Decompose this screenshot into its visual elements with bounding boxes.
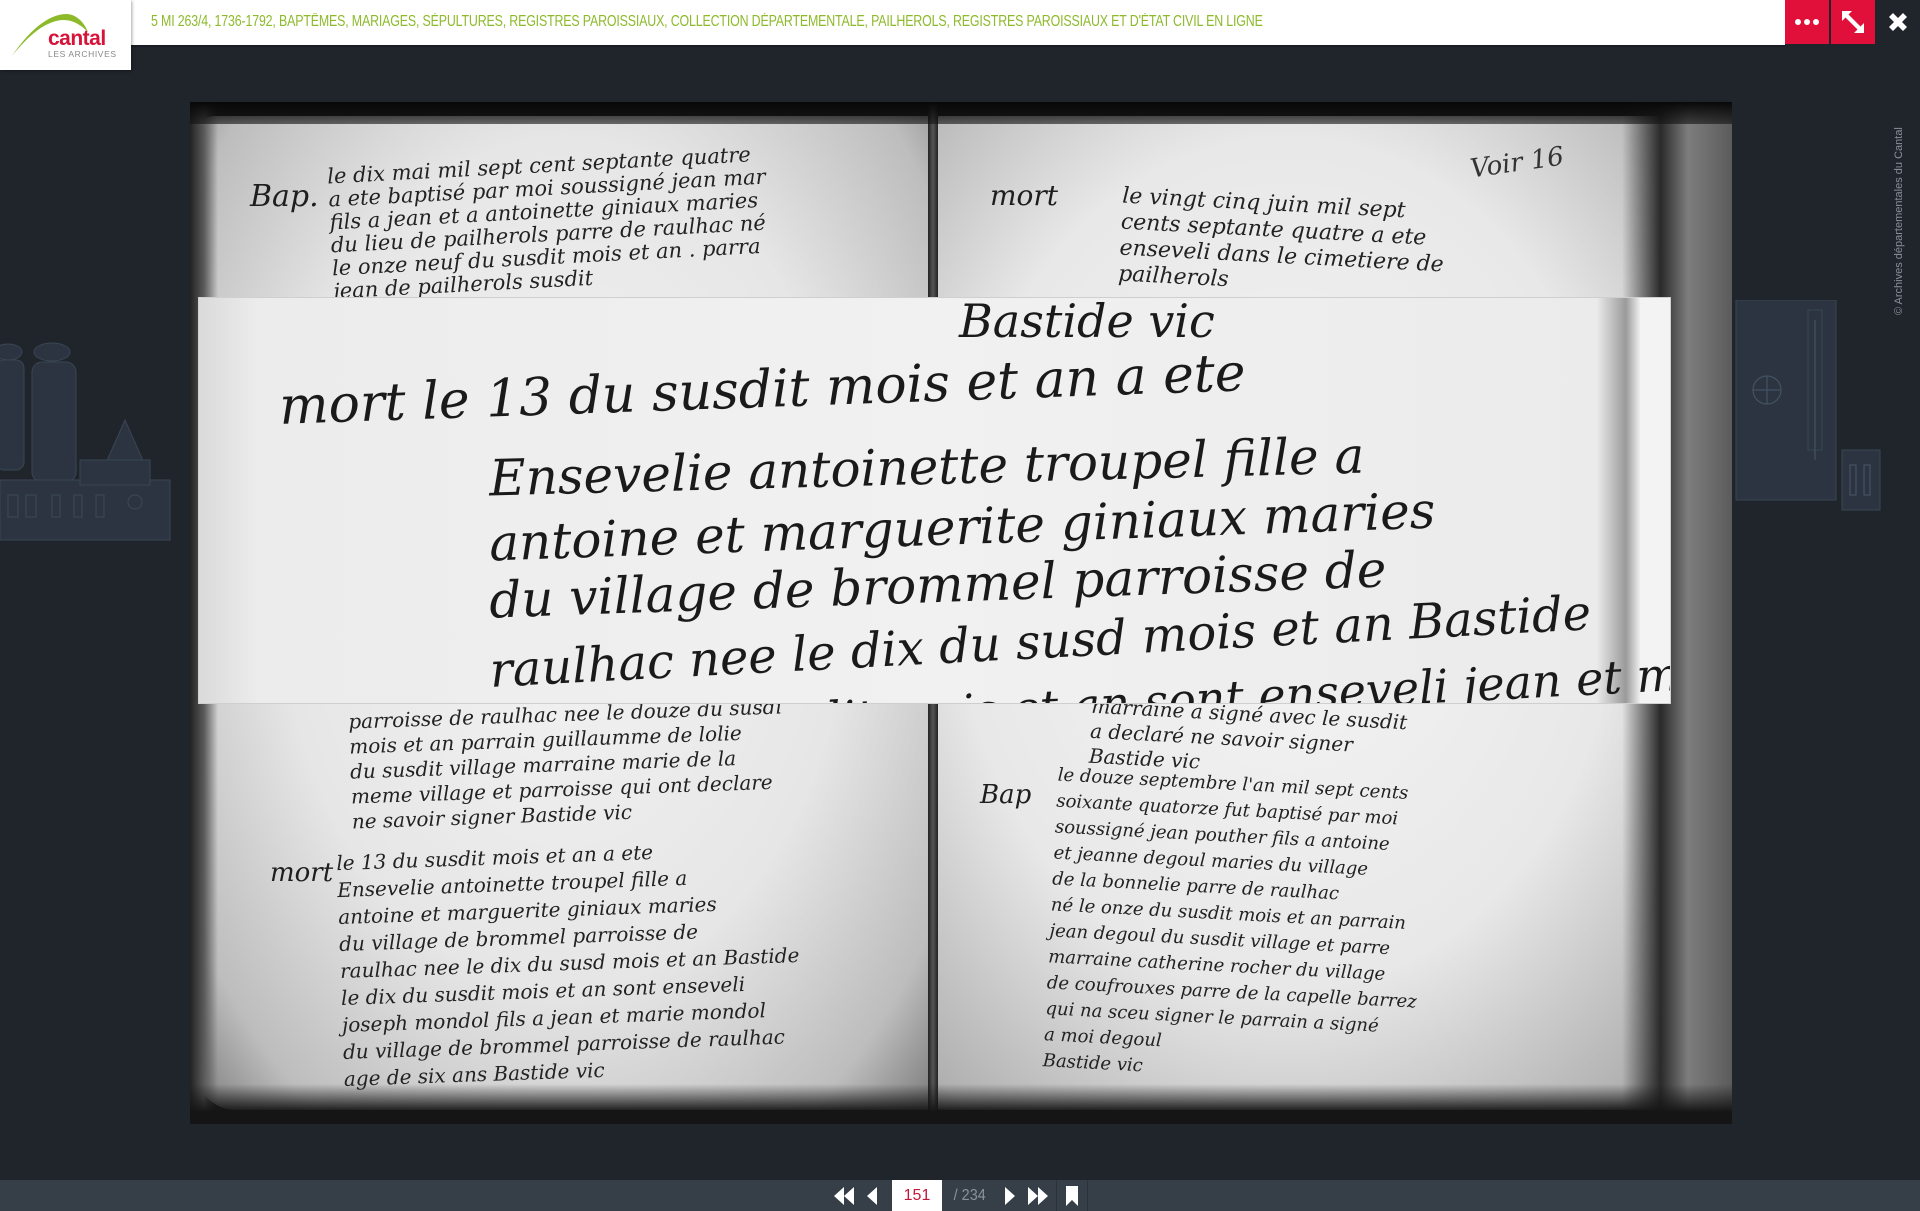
decorative-background-left bbox=[0, 290, 190, 560]
next-page-button[interactable] bbox=[996, 1180, 1024, 1211]
logo-subtitle: LES ARCHIVES bbox=[48, 49, 117, 59]
expand-arrows-icon bbox=[1840, 9, 1866, 35]
divider bbox=[1056, 1180, 1057, 1211]
page-edge-top bbox=[190, 102, 1732, 124]
close-button[interactable] bbox=[1876, 0, 1920, 44]
chevron-right-icon bbox=[1003, 1186, 1017, 1206]
page-total: / 234 bbox=[945, 1187, 993, 1205]
entry-text: le 13 du susdit mois et an a ete Ensevel… bbox=[336, 834, 804, 1093]
more-dots-icon bbox=[1795, 19, 1819, 25]
copyright-notice: © Archives départementales du Cantal bbox=[1893, 127, 1905, 315]
cantal-logo[interactable]: cantal LES ARCHIVES bbox=[0, 0, 131, 70]
fullscreen-button[interactable] bbox=[1831, 0, 1875, 44]
bookmark-button[interactable] bbox=[1061, 1180, 1083, 1211]
margin-note: Bap bbox=[980, 782, 1031, 808]
bookmark-icon bbox=[1066, 1186, 1078, 1206]
entry-text: le vingt cinq juin mil sept cents septan… bbox=[1118, 184, 1447, 305]
magnified-line: Bastide vic bbox=[959, 297, 1215, 348]
decorative-background-right bbox=[1732, 300, 1882, 560]
page-number-input[interactable] bbox=[892, 1180, 942, 1211]
margin-note: mort bbox=[990, 182, 1058, 210]
double-chevron-right-icon bbox=[1026, 1186, 1050, 1206]
chevron-left-icon bbox=[865, 1186, 879, 1206]
pager: / 234 bbox=[830, 1180, 1092, 1211]
entry-text: parroisse de raulhac nee le douze du sus… bbox=[348, 694, 786, 834]
document-title: 5 MI 263/4, 1736-1792, BAPTÊMES, MARIAGE… bbox=[151, 13, 1263, 31]
entry-text: le dix mai mil sept cent septante quatre… bbox=[327, 143, 771, 304]
close-x-icon bbox=[1886, 10, 1910, 34]
last-page-button[interactable] bbox=[1024, 1180, 1052, 1211]
previous-page-button[interactable] bbox=[858, 1180, 886, 1211]
more-options-button[interactable] bbox=[1785, 0, 1829, 44]
entry-text: le douze septembre l'an mil sept cents s… bbox=[1042, 763, 1428, 1094]
margin-note: Bap. bbox=[250, 182, 319, 212]
title-bar: 5 MI 263/4, 1736-1792, BAPTÊMES, MARIAGE… bbox=[0, 0, 1785, 45]
archive-viewer: 5 MI 263/4, 1736-1792, BAPTÊMES, MARIAGE… bbox=[0, 0, 1920, 1211]
first-page-button[interactable] bbox=[830, 1180, 858, 1211]
pagination-bar: / 234 bbox=[0, 1180, 1920, 1211]
header: 5 MI 263/4, 1736-1792, BAPTÊMES, MARIAGE… bbox=[0, 0, 1920, 45]
double-chevron-left-icon bbox=[832, 1186, 856, 1206]
margin-note: mort bbox=[270, 860, 333, 886]
magnified-line: mort le 13 du susdit mois et an a ete bbox=[278, 343, 1246, 437]
logo-brand: cantal bbox=[48, 27, 106, 51]
divider bbox=[1087, 1180, 1088, 1211]
magnifier-lens[interactable]: Bastide vic mort le 13 du susdit mois et… bbox=[198, 297, 1671, 704]
